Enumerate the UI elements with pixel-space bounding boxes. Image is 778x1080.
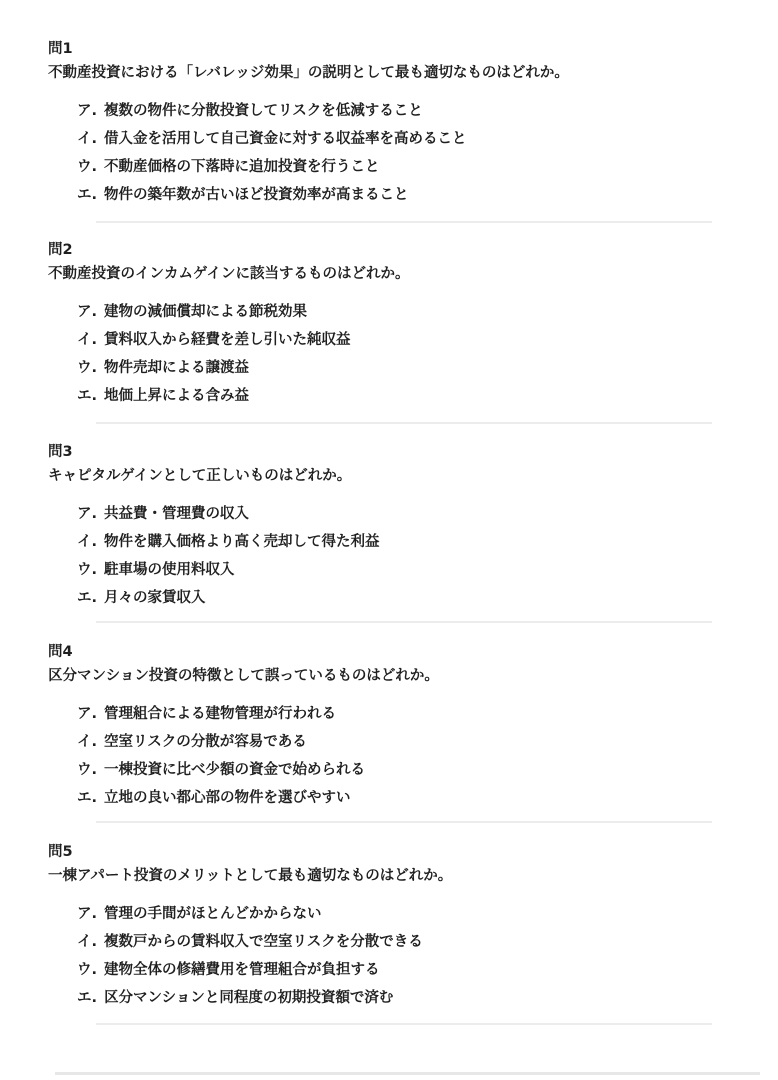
option-label: エ. — [77, 784, 97, 812]
option-row: ウ.物件売却による譲渡益 — [77, 354, 738, 382]
option-text: 駐車場の使用料収入 — [104, 562, 235, 578]
option-label: ア. — [77, 900, 97, 928]
options-list: ア.共益費・管理費の収入 イ.物件を購入価格より高く売却して得た利益 ウ.駐車場… — [48, 500, 738, 612]
option-text: 共益費・管理費の収入 — [104, 506, 249, 522]
question-text: 不動産投資における「レバレッジ効果」の説明として最も適切なものはどれか。 — [48, 63, 738, 84]
option-row: エ.立地の良い都心部の物件を選びやすい — [77, 784, 738, 812]
option-text: 建物全体の修繕費用を管理組合が負担する — [104, 962, 380, 978]
option-text: 立地の良い都心部の物件を選びやすい — [104, 790, 351, 806]
option-row: ア.建物の減価償却による節税効果 — [77, 298, 738, 326]
option-row: ア.複数の物件に分散投資してリスクを低減すること — [77, 97, 738, 125]
option-text: 不動産価格の下落時に追加投資を行うこと — [104, 159, 380, 175]
option-label: イ. — [77, 728, 97, 756]
option-text: 月々の家賃収入 — [104, 590, 206, 606]
question-text: 区分マンション投資の特徴として誤っているものはどれか。 — [48, 666, 738, 687]
option-text: 複数戸からの賃料収入で空室リスクを分散できる — [104, 934, 423, 950]
question-block-3: 問3 キャピタルゲインとして正しいものはどれか。 ア.共益費・管理費の収入 イ.… — [48, 442, 738, 612]
option-row: イ.空室リスクの分散が容易である — [77, 728, 738, 756]
option-row: イ.借入金を活用して自己資金に対する収益率を高めること — [77, 125, 738, 153]
question-number: 問1 — [48, 39, 738, 60]
options-list: ア.建物の減価償却による節税効果 イ.賃料収入から経費を差し引いた純収益 ウ.物… — [48, 298, 738, 410]
question-divider — [96, 821, 712, 823]
question-divider — [96, 1023, 712, 1025]
question-number: 問3 — [48, 442, 738, 463]
option-row: ア.管理組合による建物管理が行われる — [77, 700, 738, 728]
option-row: エ.月々の家賃収入 — [77, 584, 738, 612]
option-row: エ.物件の築年数が古いほど投資効率が高まること — [77, 181, 738, 209]
option-text: 借入金を活用して自己資金に対する収益率を高めること — [104, 131, 467, 147]
option-text: 一棟投資に比べ少額の資金で始められる — [104, 762, 365, 778]
options-list: ア.複数の物件に分散投資してリスクを低減すること イ.借入金を活用して自己資金に… — [48, 97, 738, 209]
option-label: エ. — [77, 584, 97, 612]
question-number: 問4 — [48, 642, 738, 663]
option-label: ウ. — [77, 354, 97, 382]
option-row: ア.共益費・管理費の収入 — [77, 500, 738, 528]
option-text: 建物の減価償却による節税効果 — [104, 304, 307, 320]
option-text: 物件売却による譲渡益 — [104, 360, 249, 376]
option-label: ア. — [77, 97, 97, 125]
option-label: ア. — [77, 298, 97, 326]
option-text: 区分マンションと同程度の初期投資額で済む — [104, 990, 393, 1006]
option-label: ウ. — [77, 956, 97, 984]
option-label: ア. — [77, 500, 97, 528]
option-row: イ.物件を購入価格より高く売却して得た利益 — [77, 528, 738, 556]
option-label: イ. — [77, 125, 97, 153]
option-text: 物件を購入価格より高く売却して得た利益 — [104, 534, 380, 550]
question-block-5: 問5 一棟アパート投資のメリットとして最も適切なものはどれか。 ア.管理の手間が… — [48, 842, 738, 1012]
option-label: イ. — [77, 528, 97, 556]
question-number: 問2 — [48, 240, 738, 261]
page-bottom-divider — [55, 1072, 760, 1075]
quiz-page: 問1 不動産投資における「レバレッジ効果」の説明として最も適切なものはどれか。 … — [0, 0, 778, 1080]
option-label: エ. — [77, 984, 97, 1012]
question-block-1: 問1 不動産投資における「レバレッジ効果」の説明として最も適切なものはどれか。 … — [48, 39, 738, 209]
option-row: ウ.不動産価格の下落時に追加投資を行うこと — [77, 153, 738, 181]
option-label: ウ. — [77, 153, 97, 181]
option-label: イ. — [77, 326, 97, 354]
option-label: ウ. — [77, 556, 97, 584]
option-label: ア. — [77, 700, 97, 728]
question-text: キャピタルゲインとして正しいものはどれか。 — [48, 466, 738, 487]
option-row: エ.地価上昇による含み益 — [77, 382, 738, 410]
option-label: エ. — [77, 382, 97, 410]
option-row: エ.区分マンションと同程度の初期投資額で済む — [77, 984, 738, 1012]
option-row: ウ.一棟投資に比べ少額の資金で始められる — [77, 756, 738, 784]
option-row: イ.賃料収入から経費を差し引いた純収益 — [77, 326, 738, 354]
option-text: 物件の築年数が古いほど投資効率が高まること — [104, 187, 409, 203]
option-row: ア.管理の手間がほとんどかからない — [77, 900, 738, 928]
option-text: 空室リスクの分散が容易である — [104, 734, 307, 750]
option-label: イ. — [77, 928, 97, 956]
question-divider — [96, 621, 712, 623]
options-list: ア.管理組合による建物管理が行われる イ.空室リスクの分散が容易である ウ.一棟… — [48, 700, 738, 812]
option-row: ウ.駐車場の使用料収入 — [77, 556, 738, 584]
question-text: 一棟アパート投資のメリットとして最も適切なものはどれか。 — [48, 866, 738, 887]
option-text: 管理の手間がほとんどかからない — [104, 906, 322, 922]
option-text: 複数の物件に分散投資してリスクを低減すること — [104, 103, 423, 119]
question-text: 不動産投資のインカムゲインに該当するものはどれか。 — [48, 264, 738, 285]
option-label: ウ. — [77, 756, 97, 784]
question-divider — [96, 221, 712, 223]
question-number: 問5 — [48, 842, 738, 863]
question-block-4: 問4 区分マンション投資の特徴として誤っているものはどれか。 ア.管理組合による… — [48, 642, 738, 812]
option-label: エ. — [77, 181, 97, 209]
option-row: ウ.建物全体の修繕費用を管理組合が負担する — [77, 956, 738, 984]
question-block-2: 問2 不動産投資のインカムゲインに該当するものはどれか。 ア.建物の減価償却によ… — [48, 240, 738, 410]
question-divider — [96, 422, 712, 424]
options-list: ア.管理の手間がほとんどかからない イ.複数戸からの賃料収入で空室リスクを分散で… — [48, 900, 738, 1012]
option-text: 地価上昇による含み益 — [104, 388, 249, 404]
option-row: イ.複数戸からの賃料収入で空室リスクを分散できる — [77, 928, 738, 956]
option-text: 賃料収入から経費を差し引いた純収益 — [104, 332, 351, 348]
option-text: 管理組合による建物管理が行われる — [104, 706, 336, 722]
